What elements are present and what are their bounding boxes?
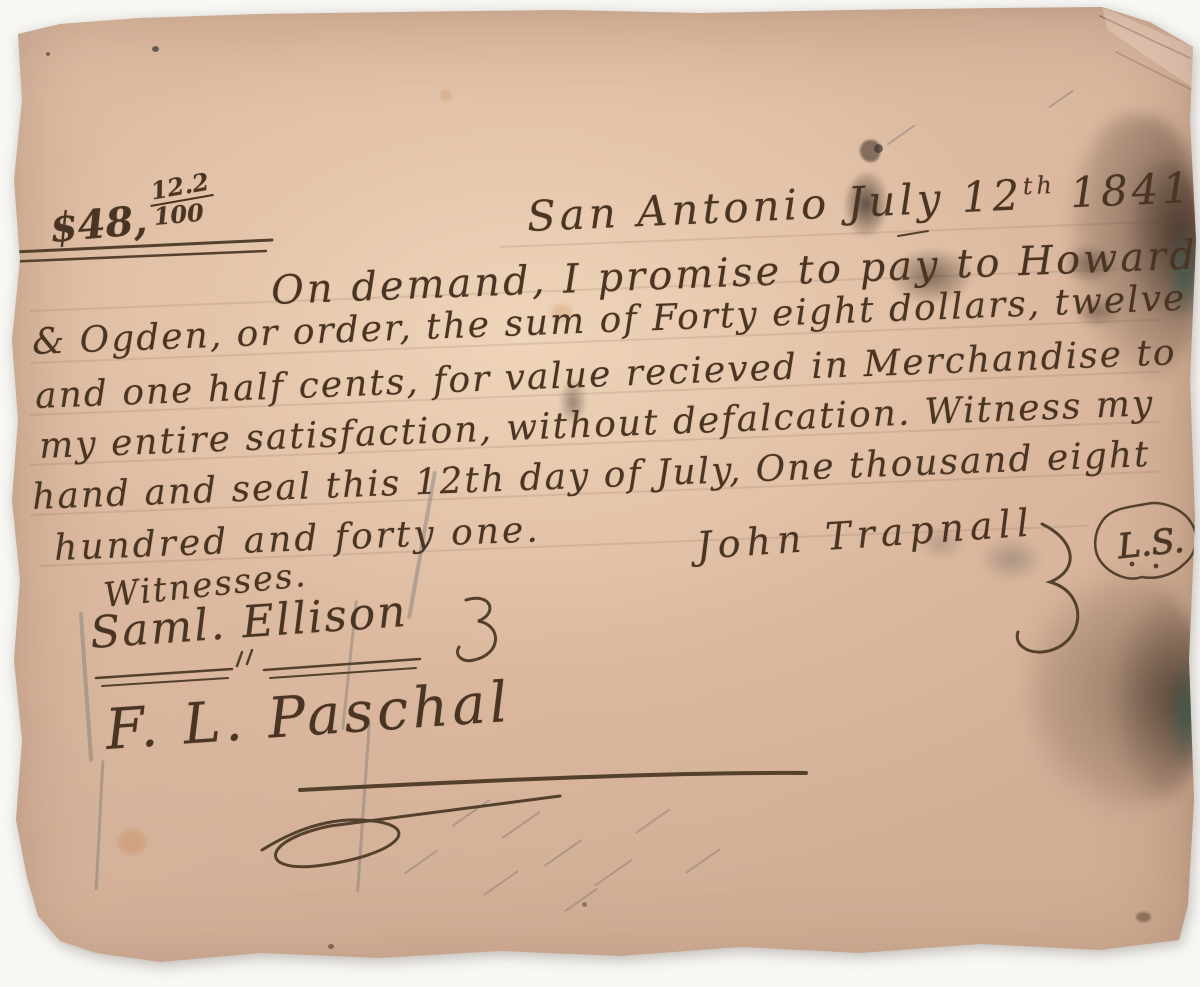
dateline-year: 1841 — [1069, 163, 1194, 217]
seal-dot-icon — [1154, 564, 1159, 569]
pencil-hatch — [502, 811, 541, 839]
corner-crease-icon — [1100, 16, 1190, 58]
witness-signature-paschal: F. L. Paschal — [103, 670, 513, 763]
paschal-underline-icon — [300, 773, 806, 790]
pencil-hatch — [452, 799, 491, 827]
ink-stain — [1028, 572, 1200, 810]
pencil-hatch — [544, 839, 583, 867]
speck — [1136, 912, 1151, 922]
corner-fold-highlight-icon — [1102, 7, 1196, 90]
pencil-hatch — [887, 124, 916, 145]
dateline-ordinal: th — [1022, 171, 1056, 200]
speck — [152, 46, 159, 52]
pencil-hatch — [564, 888, 598, 913]
seal-dot-icon — [1130, 562, 1135, 567]
ellison-underline-icon — [102, 678, 228, 686]
speck — [328, 944, 334, 949]
amount-dollars: $48, — [48, 197, 149, 252]
amount-figure: $48,12.2100 — [46, 172, 217, 252]
maker-signature: John Trapnall — [695, 500, 1036, 568]
seal-label: L.S. — [1115, 520, 1186, 567]
amount-fraction: 12.2100 — [147, 172, 216, 229]
promissory-note-paper: $48,12.2100 San Antonio July 12th1841 On… — [0, 0, 1200, 987]
seal-outline-icon — [1095, 503, 1196, 578]
amount-underline-icon — [2, 251, 266, 262]
ellison-underline-icon — [264, 659, 420, 670]
pencil-hatch — [1048, 90, 1074, 109]
ink-stain — [1115, 598, 1200, 803]
foxing-spot — [440, 90, 452, 101]
pencil-hatch — [404, 850, 438, 875]
pencil-stroke — [356, 722, 371, 892]
pencil-hatch — [685, 848, 721, 874]
ellison-underline-icon — [270, 668, 416, 678]
ellison-brace-flourish-icon — [457, 598, 495, 660]
paschal-loop-flourish-icon — [262, 796, 560, 867]
speck — [46, 52, 50, 56]
pencil-stroke — [95, 760, 105, 890]
speck — [874, 144, 883, 153]
foxing-spot — [118, 830, 146, 854]
pencil-hatch — [594, 859, 633, 887]
pencil-hatch — [635, 808, 671, 834]
ellison-underline-icon — [96, 669, 232, 678]
scan-background: $48,12.2100 San Antonio July 12th1841 On… — [0, 0, 1200, 987]
ink-blot — [860, 140, 880, 162]
paper-shadow-wrap: $48,12.2100 San Antonio July 12th1841 On… — [0, 0, 1200, 987]
pencil-hatch — [483, 870, 519, 896]
teal-stain — [1168, 658, 1200, 766]
dateline: San Antonio July 12th1841 — [526, 163, 1194, 241]
ditto-mark-icon — [237, 650, 252, 666]
corner-crease-icon — [1116, 52, 1196, 92]
speck — [582, 902, 587, 907]
